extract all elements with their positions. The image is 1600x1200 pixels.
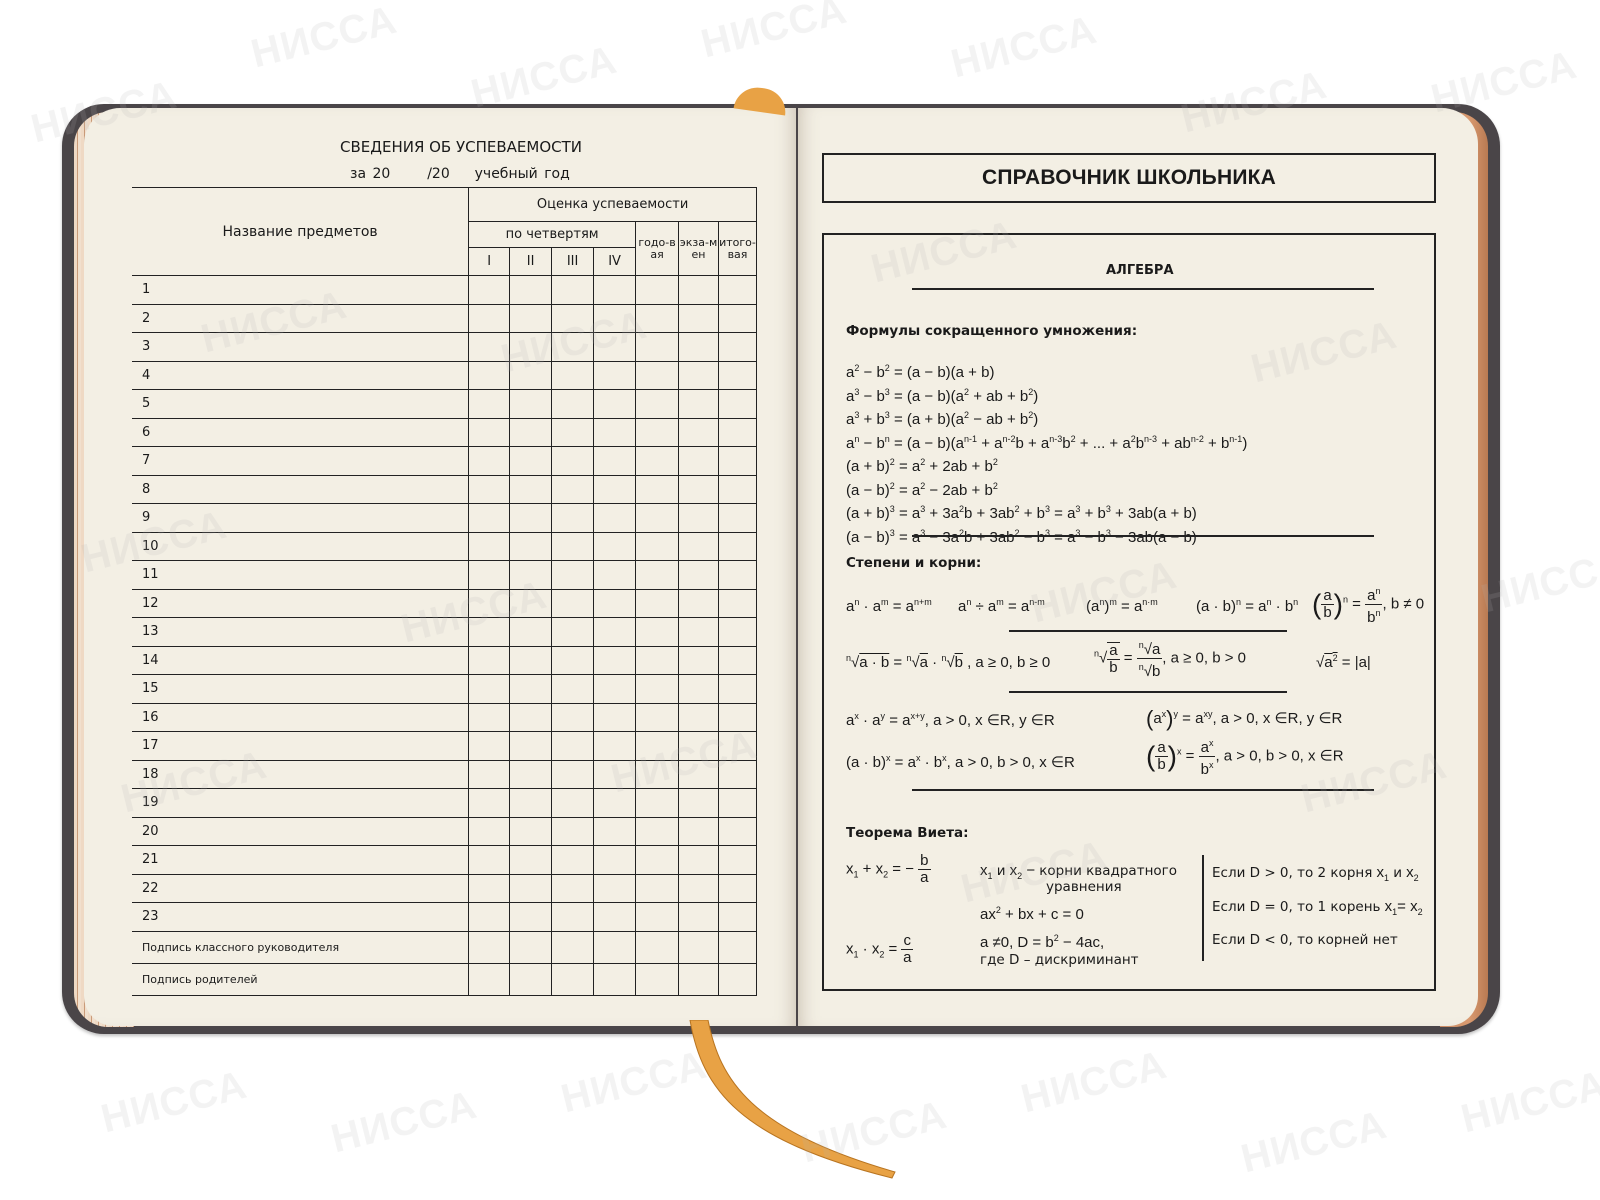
quarters-header: по четвертям [469, 222, 636, 248]
formula-root-product: n√a · b = n√a · n√b , a ≥ 0, b ≥ 0 [846, 649, 1050, 673]
bookmark-ribbon [680, 1020, 920, 1200]
grade-cell[interactable] [718, 618, 756, 647]
grade-cell[interactable] [594, 703, 636, 732]
exam-header: экза-мен [679, 222, 719, 276]
grade-cell[interactable] [679, 963, 719, 995]
grade-cell[interactable] [552, 618, 594, 647]
grade-cell[interactable] [679, 561, 719, 590]
grade-cell[interactable] [469, 903, 510, 932]
grade-cell[interactable] [718, 333, 756, 362]
grade-cell[interactable] [552, 931, 594, 963]
grade-cell[interactable] [679, 504, 719, 533]
table-row: 19 [132, 789, 757, 818]
grade-cell[interactable] [469, 304, 510, 333]
grade-cell[interactable] [679, 333, 719, 362]
grade-cell[interactable] [510, 390, 552, 419]
grade-cell[interactable] [510, 846, 552, 875]
quarter-1-header: I [469, 248, 510, 276]
subject-row-number[interactable]: 17 [132, 732, 469, 761]
grade-cell[interactable] [552, 846, 594, 875]
grade-cell[interactable] [679, 361, 719, 390]
annual-header: годо-вая [636, 222, 679, 276]
grade-cell[interactable] [718, 361, 756, 390]
grade-cell[interactable] [718, 789, 756, 818]
grade-cell[interactable] [636, 276, 679, 305]
grade-cell[interactable] [718, 931, 756, 963]
grade-cell[interactable] [718, 390, 756, 419]
vieta-roots-desc-2: уравнения [1046, 878, 1122, 898]
grade-cell[interactable] [510, 361, 552, 390]
formula-power-power: (an)m = an·m [1086, 593, 1158, 617]
formula-power-product: an · am = an+m [846, 593, 932, 617]
grade-cell[interactable] [636, 963, 679, 995]
grade-cell[interactable] [510, 646, 552, 675]
grade-cell[interactable] [636, 589, 679, 618]
table-row: 16 [132, 703, 757, 732]
grade-cell[interactable] [718, 846, 756, 875]
algebra-box: АЛГЕБРА Формулы сокращенного умножения: … [822, 233, 1436, 991]
grade-cell[interactable] [679, 532, 719, 561]
discriminant-formula: a ≠0, D = b2 − 4ac, [980, 929, 1104, 953]
grade-cell[interactable] [469, 390, 510, 419]
formula-fraction-power: (ab)n = anbn, b ≠ 0 [1312, 583, 1424, 626]
grade-cell[interactable] [636, 504, 679, 533]
formula-product-power: (a · b)n = an · bn [1196, 593, 1298, 617]
grade-cell[interactable] [636, 561, 679, 590]
grade-cell[interactable] [594, 418, 636, 447]
grade-cell[interactable] [510, 589, 552, 618]
table-row-signature-parents: Подпись родителей [132, 963, 757, 995]
grade-cell[interactable] [718, 874, 756, 903]
grade-cell[interactable] [718, 304, 756, 333]
grade-cell[interactable] [679, 447, 719, 476]
grade-cell[interactable] [469, 276, 510, 305]
quarter-4-header: IV [594, 248, 636, 276]
grades-header: Оценка успеваемости [469, 188, 757, 222]
table-row: 5 [132, 390, 757, 419]
grade-cell[interactable] [679, 732, 719, 761]
formula-list: a2 − b2 = (a − b)(a + b) a3 − b3 = (a − … [846, 359, 1247, 547]
table-row: 14 [132, 646, 757, 675]
table-row: 17 [132, 732, 757, 761]
grade-cell[interactable] [718, 732, 756, 761]
grade-cell[interactable] [552, 963, 594, 995]
subject-row-number[interactable]: 6 [132, 418, 469, 447]
grade-cell[interactable] [594, 846, 636, 875]
formula-exp-product: ax · ay = ax+y, a > 0, x ∈R, y ∈R [846, 707, 1055, 731]
formula-power-quotient: an ÷ am = an-m [958, 593, 1045, 617]
divider [912, 288, 1374, 290]
grade-cell[interactable] [552, 475, 594, 504]
grade-cell[interactable] [594, 618, 636, 647]
signature-parents-label: Подпись родителей [132, 963, 469, 995]
watermark: НИССА [1457, 1063, 1600, 1143]
quadratic-equation: ax2 + bx + c = 0 [980, 901, 1084, 925]
subject-row-number[interactable]: 5 [132, 390, 469, 419]
grade-cell[interactable] [469, 760, 510, 789]
subject-row-number[interactable]: 16 [132, 703, 469, 732]
grade-cell[interactable] [510, 561, 552, 590]
grade-cell[interactable] [718, 760, 756, 789]
section-title: АЛГЕБРА [1106, 263, 1174, 278]
grade-cell[interactable] [636, 304, 679, 333]
grade-cell[interactable] [594, 304, 636, 333]
grade-cell[interactable] [636, 760, 679, 789]
grade-cell[interactable] [718, 703, 756, 732]
vieta-product: x1 · x2 = ca [846, 933, 913, 966]
grade-cell[interactable] [510, 276, 552, 305]
grade-cell[interactable] [469, 703, 510, 732]
grade-cell[interactable] [510, 874, 552, 903]
subject-row-number[interactable]: 2 [132, 304, 469, 333]
subject-row-number[interactable]: 11 [132, 561, 469, 590]
grade-cell[interactable] [469, 618, 510, 647]
subject-row-number[interactable]: 21 [132, 846, 469, 875]
vertical-divider [1202, 855, 1204, 961]
grade-cell[interactable] [594, 333, 636, 362]
page-title: СВЕДЕНИЯ ОБ УСПЕВАЕМОСТИ [340, 138, 582, 156]
grade-cell[interactable] [679, 646, 719, 675]
subject-row-number[interactable]: 19 [132, 789, 469, 818]
grade-cell[interactable] [510, 931, 552, 963]
subject-header: Название предметов [132, 188, 469, 276]
formula-exp-product-power: (a · b)x = ax · bx, a > 0, b > 0, x ∈R [846, 749, 1075, 773]
table-row: 11 [132, 561, 757, 590]
grade-cell[interactable] [469, 475, 510, 504]
grade-cell[interactable] [552, 874, 594, 903]
grade-cell[interactable] [510, 903, 552, 932]
grade-cell[interactable] [594, 589, 636, 618]
subject-row-number[interactable]: 15 [132, 675, 469, 704]
table-row: 9 [132, 504, 757, 533]
grade-cell[interactable] [636, 618, 679, 647]
subject-row-number[interactable]: 12 [132, 589, 469, 618]
grade-cell[interactable] [594, 760, 636, 789]
grade-cell[interactable] [636, 789, 679, 818]
signature-teacher-label: Подпись классного руководителя [132, 931, 469, 963]
grade-cell[interactable] [594, 475, 636, 504]
table-row: 15 [132, 675, 757, 704]
grade-cell[interactable] [594, 504, 636, 533]
grade-cell[interactable] [510, 333, 552, 362]
grade-cell[interactable] [679, 817, 719, 846]
grade-cell[interactable] [469, 874, 510, 903]
grade-cell[interactable] [469, 963, 510, 995]
case-d-negative: Если D < 0, то корней нет [1212, 931, 1398, 951]
grade-cell[interactable] [552, 675, 594, 704]
grade-cell[interactable] [552, 732, 594, 761]
grade-cell[interactable] [510, 532, 552, 561]
vieta-heading: Теорема Виета: [846, 825, 969, 841]
table-row: 22 [132, 874, 757, 903]
grade-cell[interactable] [636, 817, 679, 846]
grade-cell[interactable] [679, 703, 719, 732]
grade-cell[interactable] [594, 276, 636, 305]
grade-cell[interactable] [679, 418, 719, 447]
grade-cell[interactable] [594, 390, 636, 419]
grade-cell[interactable] [552, 561, 594, 590]
subject-row-number[interactable]: 10 [132, 532, 469, 561]
grade-cell[interactable] [679, 931, 719, 963]
grade-cell[interactable] [552, 447, 594, 476]
divider [1009, 630, 1287, 632]
grade-cell[interactable] [636, 333, 679, 362]
grade-cell[interactable] [510, 789, 552, 818]
grade-cell[interactable] [594, 789, 636, 818]
grade-cell[interactable] [636, 390, 679, 419]
grade-cell[interactable] [594, 963, 636, 995]
grade-cell[interactable] [718, 675, 756, 704]
grade-cell[interactable] [679, 304, 719, 333]
grade-cell[interactable] [469, 817, 510, 846]
grade-cell[interactable] [469, 418, 510, 447]
grade-cell[interactable] [636, 732, 679, 761]
subject-row-number[interactable]: 18 [132, 760, 469, 789]
divider [912, 535, 1374, 537]
grade-cell[interactable] [594, 532, 636, 561]
grade-cell[interactable] [552, 276, 594, 305]
watermark: НИССА [327, 1083, 482, 1163]
grade-cell[interactable] [718, 561, 756, 590]
grade-cell[interactable] [718, 646, 756, 675]
table-row: 23 [132, 903, 757, 932]
table-row: 8 [132, 475, 757, 504]
grade-cell[interactable] [636, 646, 679, 675]
grade-cell[interactable] [552, 361, 594, 390]
grade-cell[interactable] [510, 418, 552, 447]
grade-cell[interactable] [679, 903, 719, 932]
grade-cell[interactable] [594, 817, 636, 846]
grade-cell[interactable] [594, 874, 636, 903]
grade-cell[interactable] [679, 589, 719, 618]
subject-row-number[interactable]: 1 [132, 276, 469, 305]
grade-cell[interactable] [469, 333, 510, 362]
subject-row-number[interactable]: 8 [132, 475, 469, 504]
table-row-signature-teacher: Подпись классного руководителя [132, 931, 757, 963]
grade-cell[interactable] [510, 618, 552, 647]
discriminant-desc: где D – дискриминант [980, 951, 1139, 971]
grade-cell[interactable] [679, 874, 719, 903]
case-d-positive: Если D > 0, то 2 корня x1 и x2 [1212, 863, 1419, 889]
grade-cell[interactable] [469, 361, 510, 390]
grade-cell[interactable] [552, 418, 594, 447]
grade-cell[interactable] [469, 504, 510, 533]
grade-cell[interactable] [510, 475, 552, 504]
grade-cell[interactable] [594, 361, 636, 390]
table-row: 13 [132, 618, 757, 647]
divider [912, 789, 1374, 791]
grade-cell[interactable] [510, 817, 552, 846]
grade-cell[interactable] [510, 504, 552, 533]
formulas-heading: Формулы сокращенного умножения: [846, 323, 1137, 339]
grade-cell[interactable] [679, 789, 719, 818]
grade-cell[interactable] [552, 390, 594, 419]
table-row: 12 [132, 589, 757, 618]
subject-row-number[interactable]: 14 [132, 646, 469, 675]
grade-cell[interactable] [718, 418, 756, 447]
watermark: НИССА [947, 8, 1102, 88]
table-row: 21 [132, 846, 757, 875]
grade-cell[interactable] [718, 447, 756, 476]
grade-cell[interactable] [510, 304, 552, 333]
grade-cell[interactable] [552, 504, 594, 533]
reference-title-box: СПРАВОЧНИК ШКОЛЬНИКА [822, 153, 1436, 203]
table-row: 6 [132, 418, 757, 447]
school-year-line: за 20 /20 учебный год [350, 166, 570, 182]
grade-cell[interactable] [510, 447, 552, 476]
case-d-zero: Если D = 0, то 1 корень x1= x2 [1212, 897, 1423, 923]
grade-cell[interactable] [679, 618, 719, 647]
grade-cell[interactable] [636, 475, 679, 504]
table-row: 3 [132, 333, 757, 362]
table-row: 20 [132, 817, 757, 846]
grade-cell[interactable] [469, 646, 510, 675]
grade-cell[interactable] [636, 931, 679, 963]
vieta-sum: x1 + x2 = − ba [846, 853, 931, 886]
grade-cell[interactable] [679, 846, 719, 875]
grade-cell[interactable] [552, 817, 594, 846]
formula-root-square: √a2 = |a| [1316, 649, 1371, 673]
grade-cell[interactable] [636, 361, 679, 390]
formula-root-quotient: n√ab = n√an√b, a ≥ 0, b > 0 [1094, 637, 1246, 680]
grade-cell[interactable] [469, 846, 510, 875]
divider [1009, 691, 1287, 693]
grade-cell[interactable] [552, 304, 594, 333]
grade-cell[interactable] [679, 276, 719, 305]
grade-cell[interactable] [594, 447, 636, 476]
grade-cell[interactable] [636, 447, 679, 476]
grade-cell[interactable] [594, 732, 636, 761]
table-row: 4 [132, 361, 757, 390]
quarter-3-header: III [552, 248, 594, 276]
grade-cell[interactable] [469, 789, 510, 818]
subject-row-number[interactable]: 9 [132, 504, 469, 533]
subject-row-number[interactable]: 20 [132, 817, 469, 846]
grade-cell[interactable] [469, 732, 510, 761]
grade-cell[interactable] [552, 703, 594, 732]
table-row: 2 [132, 304, 757, 333]
grade-cell[interactable] [718, 504, 756, 533]
subject-row-number[interactable]: 23 [132, 903, 469, 932]
formula-exp-power: (ax)y = axy, a > 0, x ∈R, y ∈R [1146, 705, 1342, 729]
grade-cell[interactable] [636, 532, 679, 561]
grade-cell[interactable] [636, 703, 679, 732]
grade-cell[interactable] [510, 675, 552, 704]
grade-cell[interactable] [510, 963, 552, 995]
grade-cell[interactable] [552, 789, 594, 818]
powers-heading: Степени и корни: [846, 555, 981, 571]
final-header: итого-вая [718, 222, 756, 276]
formula-exp-fraction-power: (ab)x = axbx, a > 0, b > 0, x ∈R [1146, 735, 1344, 778]
table-row: 18 [132, 760, 757, 789]
grade-cell[interactable] [594, 931, 636, 963]
grade-cell[interactable] [552, 646, 594, 675]
grade-cell[interactable] [469, 931, 510, 963]
grade-cell[interactable] [552, 532, 594, 561]
grade-cell[interactable] [718, 817, 756, 846]
table-row: 7 [132, 447, 757, 476]
grade-cell[interactable] [469, 675, 510, 704]
quarter-2-header: II [510, 248, 552, 276]
watermark: НИССА [1017, 1043, 1172, 1123]
grade-cell[interactable] [552, 760, 594, 789]
grade-cell[interactable] [469, 561, 510, 590]
grade-cell[interactable] [552, 333, 594, 362]
grade-cell[interactable] [469, 532, 510, 561]
grade-cell[interactable] [718, 963, 756, 995]
grade-cell[interactable] [636, 903, 679, 932]
grade-cell[interactable] [636, 846, 679, 875]
grade-cell[interactable] [718, 532, 756, 561]
grade-cell[interactable] [679, 390, 719, 419]
reference-title: СПРАВОЧНИК ШКОЛЬНИКА [982, 166, 1276, 190]
watermark: НИССА [697, 0, 852, 67]
grade-cell[interactable] [679, 675, 719, 704]
grade-cell[interactable] [718, 475, 756, 504]
grade-cell[interactable] [718, 589, 756, 618]
grade-cell[interactable] [594, 561, 636, 590]
subject-row-number[interactable]: 3 [132, 333, 469, 362]
grades-table: Название предметов Оценка успеваемости п… [132, 187, 757, 996]
grade-cell[interactable] [594, 903, 636, 932]
grade-cell[interactable] [469, 447, 510, 476]
grade-cell[interactable] [679, 475, 719, 504]
grade-cell[interactable] [510, 703, 552, 732]
grade-cell[interactable] [510, 760, 552, 789]
grade-cell[interactable] [636, 675, 679, 704]
subject-row-number[interactable]: 13 [132, 618, 469, 647]
grade-cell[interactable] [552, 903, 594, 932]
grade-cell[interactable] [594, 646, 636, 675]
grade-cell[interactable] [718, 903, 756, 932]
grade-cell[interactable] [510, 732, 552, 761]
subject-row-number[interactable]: 7 [132, 447, 469, 476]
grade-cell[interactable] [636, 418, 679, 447]
table-row: 10 [132, 532, 757, 561]
subject-row-number[interactable]: 22 [132, 874, 469, 903]
watermark: НИССА [247, 0, 402, 77]
subject-row-number[interactable]: 4 [132, 361, 469, 390]
watermark: НИССА [1237, 1103, 1392, 1183]
table-row: 1 [132, 276, 757, 305]
grade-cell[interactable] [679, 760, 719, 789]
grade-cell[interactable] [469, 589, 510, 618]
grade-cell[interactable] [594, 675, 636, 704]
grade-cell[interactable] [718, 276, 756, 305]
grade-cell[interactable] [636, 874, 679, 903]
grade-cell[interactable] [552, 589, 594, 618]
watermark: НИССА [97, 1063, 252, 1143]
